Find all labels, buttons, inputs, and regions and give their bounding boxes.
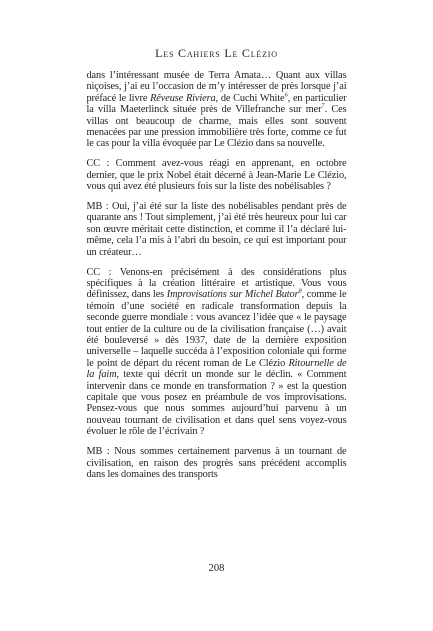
text-segment: MB : Oui, j’ai été sur la liste des nobé…	[87, 201, 347, 258]
book-page: Les Cahiers Le Clézio dans l’intéressant…	[0, 0, 433, 631]
paragraph-5: MB : Nous sommes certainement parvenus à…	[87, 446, 347, 480]
text-segment: MB : Nous sommes certainement parvenus à…	[87, 446, 347, 480]
book-title: Rêveuse Riviera	[150, 93, 215, 104]
book-title: Improvisations sur Michel Butor	[167, 289, 299, 300]
text-segment: CC : Comment avez-vous réagi en apprenan…	[87, 158, 347, 192]
text-segment: , de Cuchi White	[216, 93, 285, 104]
text-segment: , texte qui décrit un monde sur le décli…	[87, 369, 347, 437]
paragraph-1: dans l’intéressant musée de Terra Amata……	[87, 70, 347, 150]
running-header: Les Cahiers Le Clézio	[0, 46, 433, 61]
paragraph-3: MB : Oui, j’ai été sur la liste des nobé…	[87, 201, 347, 258]
body-text-column: dans l’intéressant musée de Terra Amata……	[87, 70, 347, 480]
paragraph-4: CC : Venons-en précisément à des considé…	[87, 267, 347, 438]
paragraph-2: CC : Comment avez-vous réagi en apprenan…	[87, 158, 347, 192]
page-number: 208	[0, 563, 433, 574]
